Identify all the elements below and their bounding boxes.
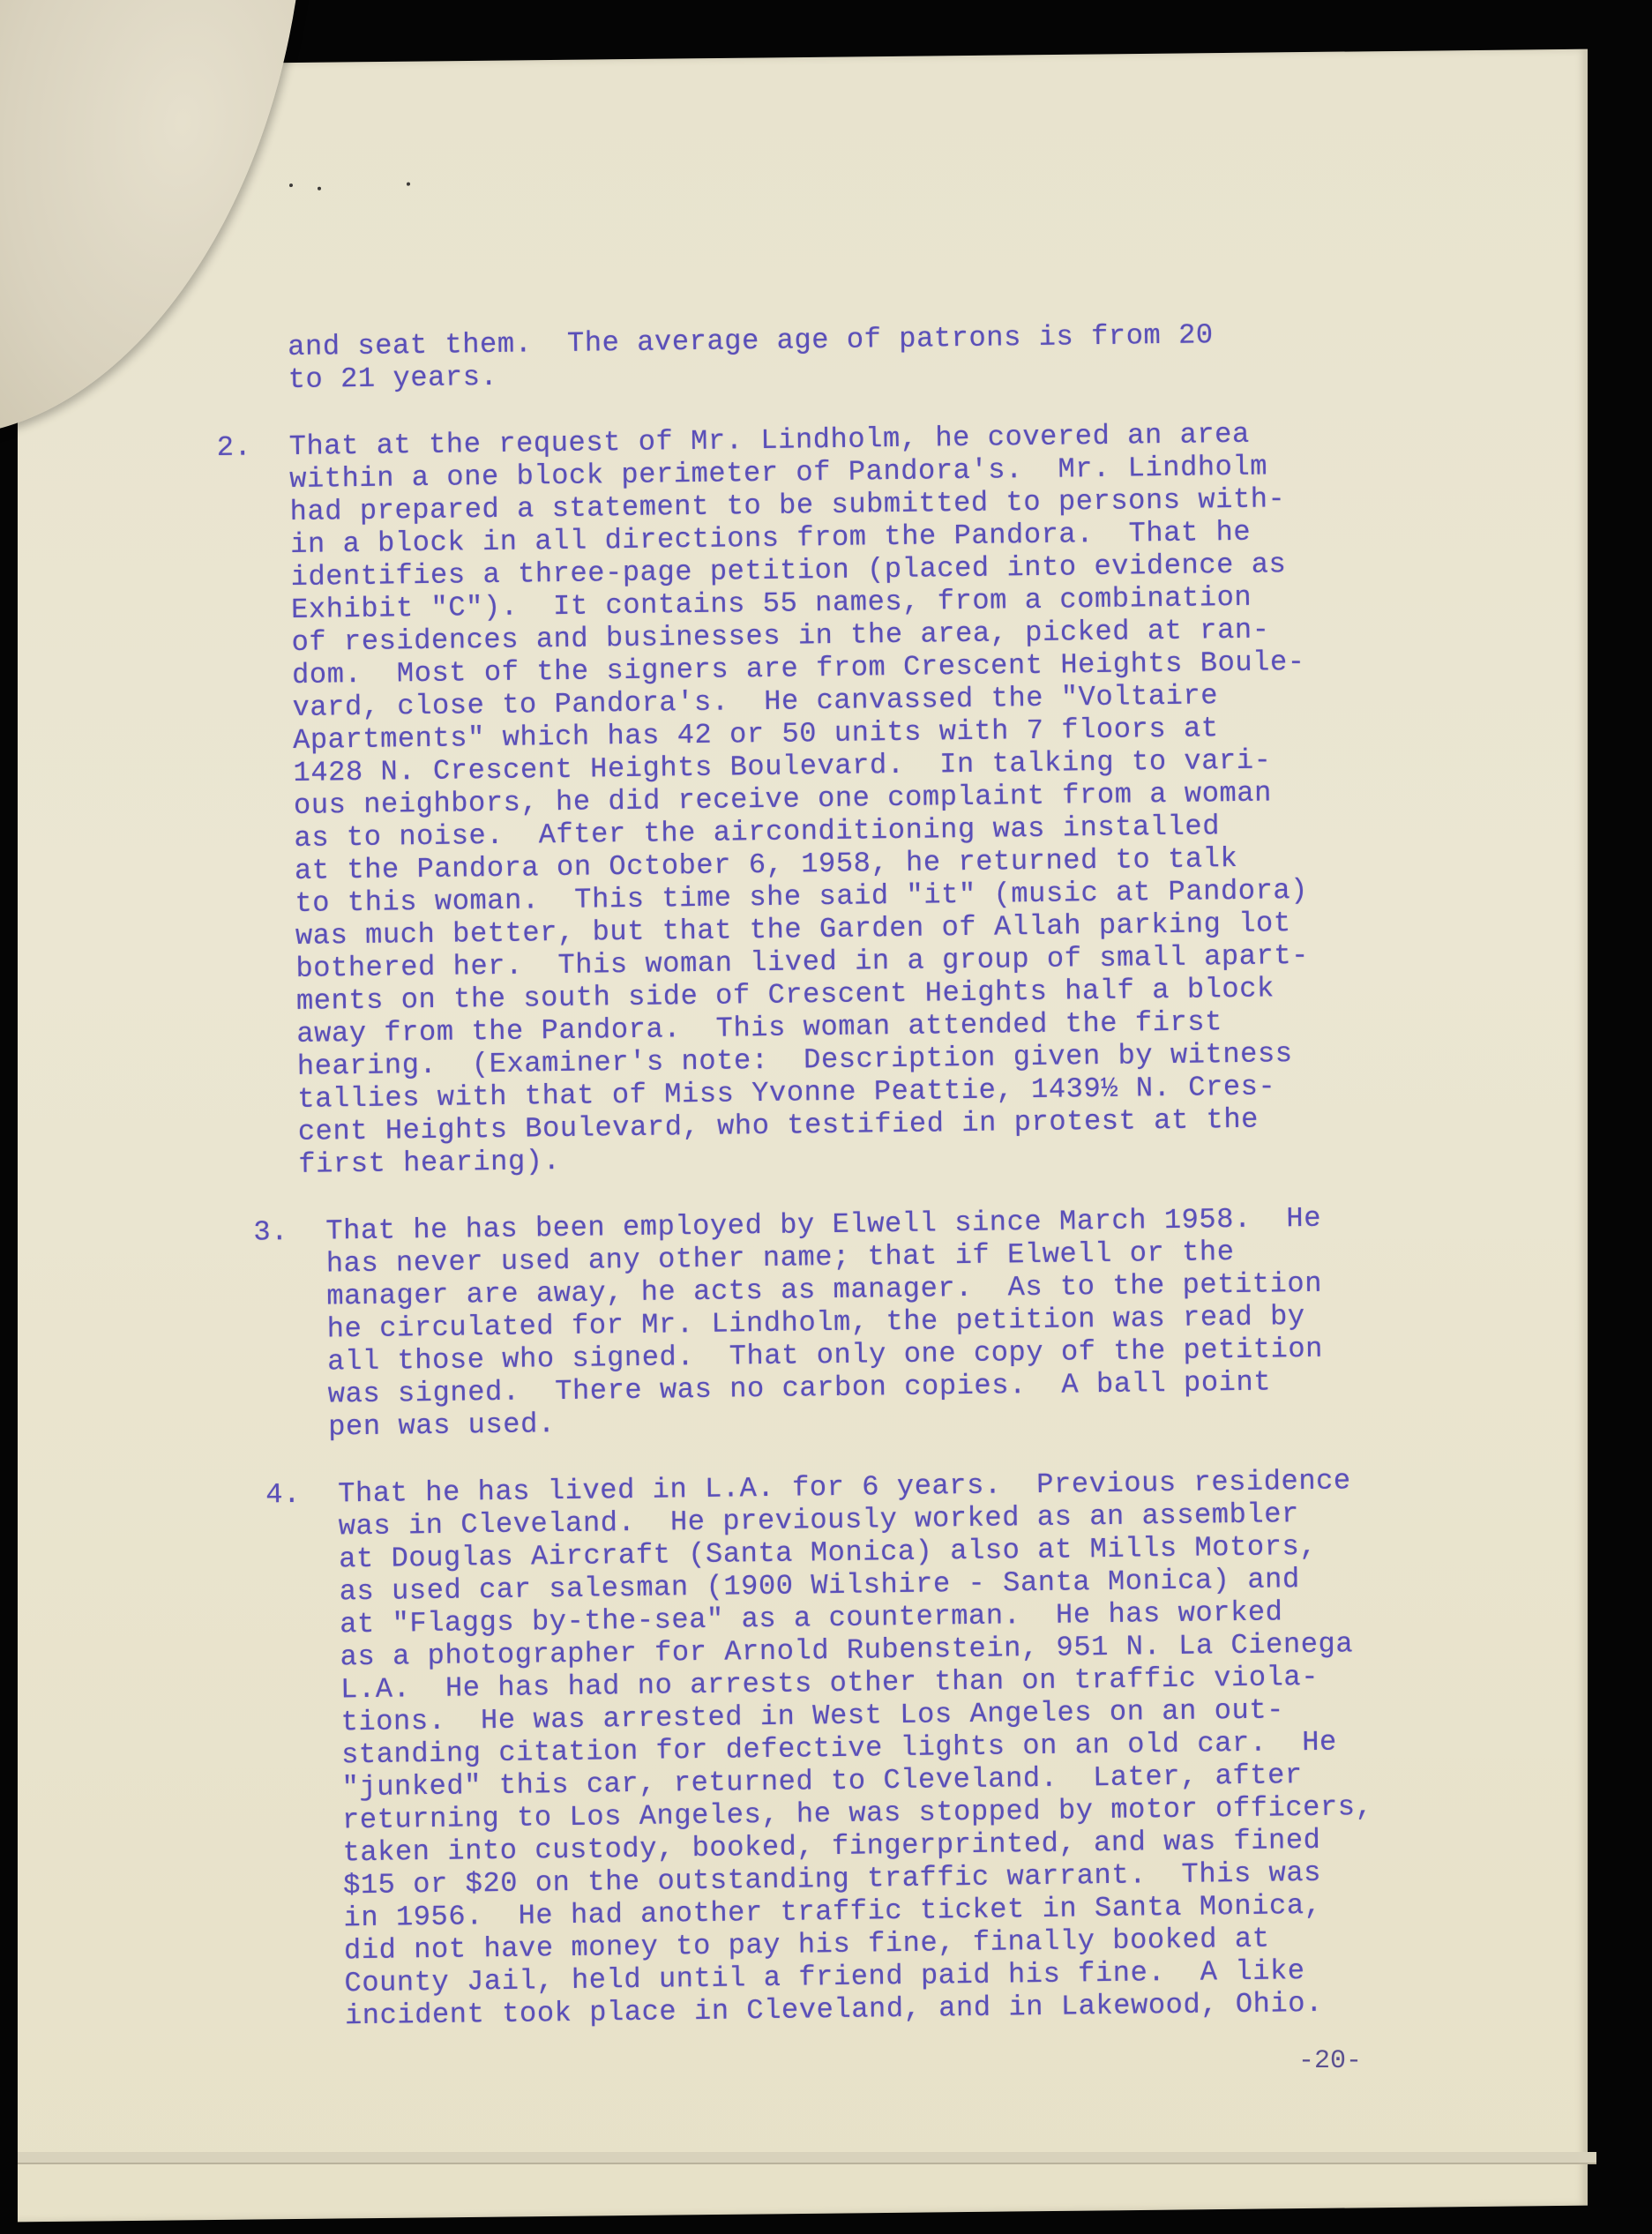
page-number: -20- (1298, 2046, 1362, 2076)
item-number: 2. (216, 431, 251, 465)
continuation-paragraph: and seat them. The average age of patron… (288, 317, 1354, 396)
numbered-item-4: 4.That he has lived in L.A. for 6 years.… (338, 1464, 1376, 2032)
item-number: 3. (253, 1215, 288, 1249)
numbered-item-2: 2.That at the request of Mr. Lindholm, h… (288, 416, 1364, 1181)
stacked-page-edges (18, 2152, 1596, 2164)
item-number: 4. (265, 1478, 301, 1512)
typewritten-body: and seat them. The average age of patron… (288, 317, 1376, 2067)
numbered-item-3: 3.That he has been employed by Elwell si… (325, 1201, 1368, 1443)
